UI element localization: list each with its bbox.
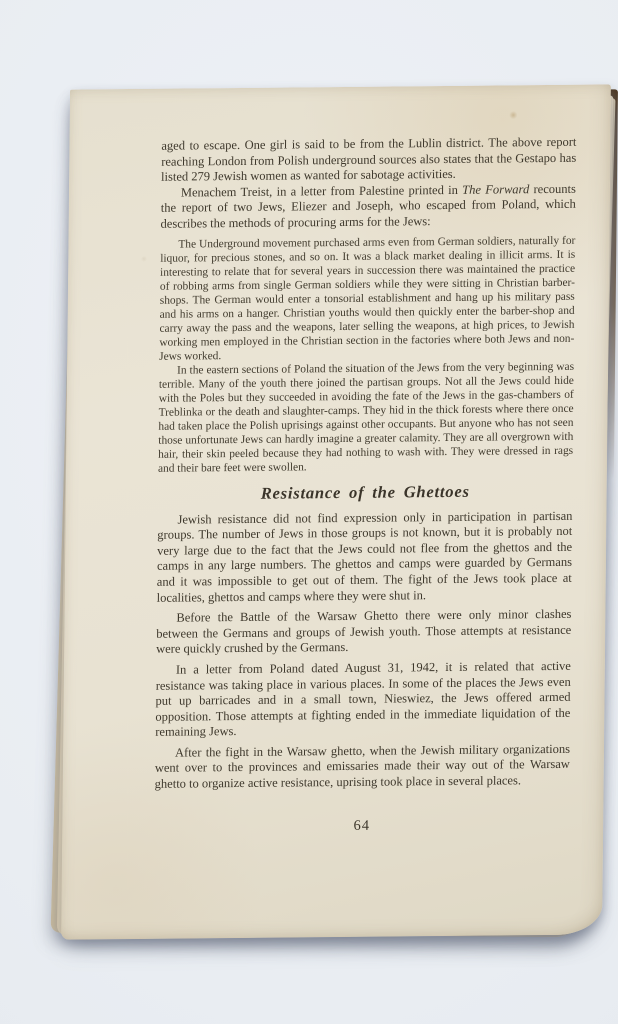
paragraph-menachem-pre: Menachem Treist, in a letter from Palest… [181, 183, 462, 200]
paragraph-menachem-treist: Menachem Treist, in a letter from Palest… [161, 182, 576, 233]
quote-paragraph-eastern-poland: In the eastern sections of Poland the si… [158, 359, 574, 475]
paragraph-before-the-battle: Before the Battle of the Warsaw Ghetto t… [156, 607, 571, 658]
paragraph-letter-from-poland: In a letter from Poland dated August 31,… [155, 659, 571, 741]
photo-background: aged to escape. One girl is said to be f… [0, 0, 618, 1024]
publication-title-the-forward: The Forward [462, 182, 529, 197]
paragraph-jewish-resistance: Jewish resistance did not find expressio… [157, 508, 573, 606]
page-number: 64 [154, 815, 569, 836]
paragraph-continuation: aged to escape. One girl is said to be f… [161, 135, 576, 186]
page-text-block: aged to escape. One girl is said to be f… [61, 84, 611, 939]
section-heading-resistance-of-the-ghettoes: Resistance of the Ghettoes [158, 480, 573, 504]
book: aged to escape. One girl is said to be f… [61, 84, 611, 939]
block-quote: The Underground movement purchased arms … [158, 233, 575, 475]
paragraph-after-the-fight: After the fight in the Warsaw ghetto, wh… [155, 742, 570, 793]
quote-paragraph-underground-arms: The Underground movement purchased arms … [159, 233, 575, 363]
book-page: aged to escape. One girl is said to be f… [61, 84, 611, 939]
